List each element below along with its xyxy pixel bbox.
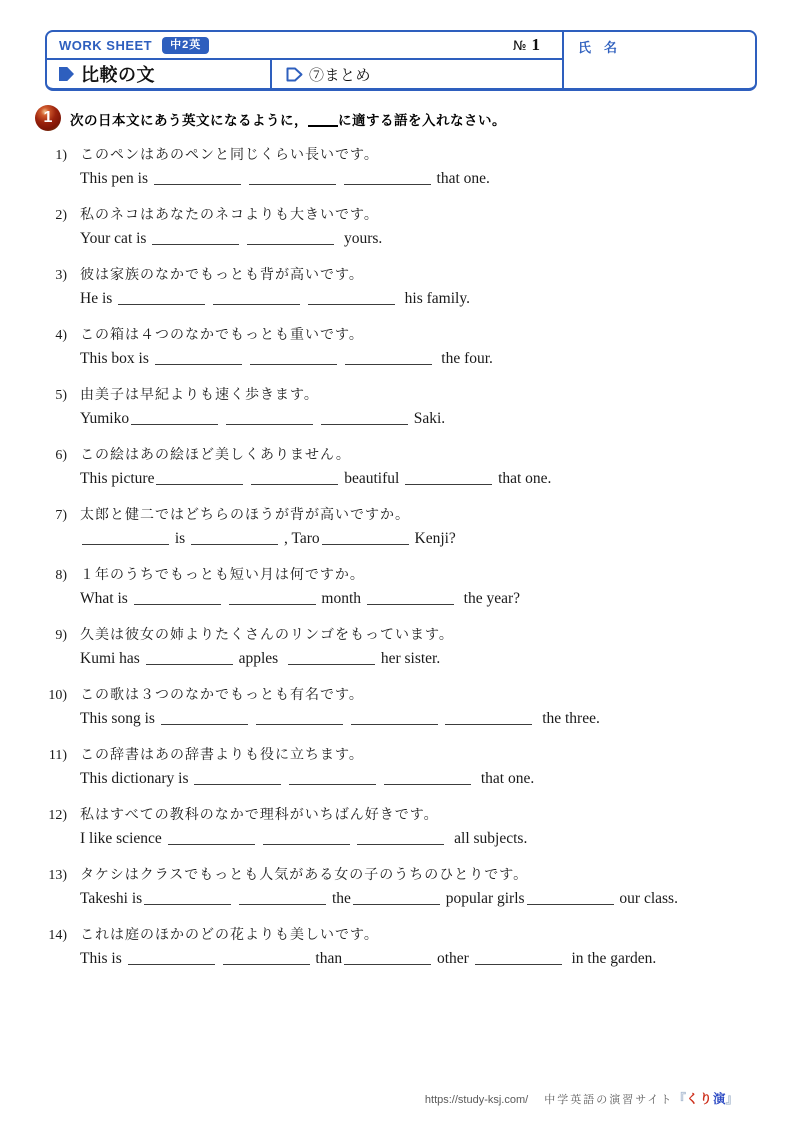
- question-item: 11)この辞書はあの辞書よりも役に立ちます。This dictionary is…: [36, 746, 768, 792]
- header-bottom-row: 比較の文 ⑦まとめ: [47, 58, 562, 88]
- sheet-number-value: 1: [532, 35, 541, 55]
- english-text-segment: [243, 170, 247, 187]
- question-japanese-line: 4)この箱は４つのなかでもっとも重いです。: [36, 326, 768, 346]
- english-text-segment: [257, 830, 261, 847]
- question-japanese-line: 14)これは庭のほかのどの花よりも美しいです。: [36, 926, 768, 946]
- footer-site-label: 中学英語の演習サイト: [544, 1091, 673, 1107]
- answer-blank: [118, 289, 205, 305]
- answer-blank: [367, 589, 454, 605]
- question-number: 6): [36, 446, 67, 466]
- question-number: 12): [36, 806, 67, 826]
- answer-blank: [353, 889, 440, 905]
- english-text-segment: our class.: [616, 890, 678, 907]
- english-text-segment: Your cat is: [80, 230, 150, 247]
- answer-blank: [134, 589, 221, 605]
- question-item: 1)このペンはあのペンと同じくらい長いです。This pen is that o…: [36, 146, 768, 192]
- english-text-segment: [339, 350, 343, 367]
- question-japanese-line: 3)彼は家族のなかでもっとも背が高いです。: [36, 266, 768, 286]
- question-english-line: This box is the four.: [80, 346, 768, 372]
- english-text-segment: the: [328, 890, 351, 907]
- english-text-segment: that one.: [433, 170, 490, 187]
- question-number: 11): [36, 746, 67, 766]
- question-item: 14)これは庭のほかのどの花よりも美しいです。This is than othe…: [36, 926, 768, 972]
- question-english-line: This is than other in the garden.: [80, 946, 768, 972]
- question-number: 4): [36, 326, 67, 346]
- answer-blank: [344, 169, 431, 185]
- header-left-section: WORK SHEET 中2英 № 1 比較の文 ⑦まとめ: [47, 32, 562, 88]
- english-text-segment: beautiful: [340, 470, 403, 487]
- instruction-blank: [308, 113, 338, 127]
- english-text-segment: This song is: [80, 710, 159, 727]
- english-text-segment: [378, 770, 382, 787]
- questions: 1)このペンはあのペンと同じくらい長いです。This pen is that o…: [36, 146, 768, 986]
- worksheet-label: WORK SHEET: [59, 38, 152, 53]
- question-number: 3): [36, 266, 67, 286]
- answer-blank: [161, 709, 248, 725]
- answer-blank: [223, 949, 310, 965]
- answer-blank: [146, 649, 233, 665]
- question-japanese-line: 7)太郎と健二ではどちらのほうが背が高いですか。: [36, 506, 768, 526]
- question-number: 10): [36, 686, 67, 706]
- question-japanese-text: 私はすべての教科のなかで理科がいちばん好きです。: [80, 808, 439, 823]
- question-japanese-line: 10)この歌は３つのなかでもっとも有名です。: [36, 686, 768, 706]
- question-japanese-text: 太郎と健二ではどちらのほうが背が高いですか。: [80, 508, 410, 523]
- sheet-number: № 1: [513, 35, 540, 55]
- answer-blank: [263, 829, 350, 845]
- question-item: 5)由美子は早紀よりも速く歩きます。Yumiko Saki.: [36, 386, 768, 432]
- answer-blank: [405, 469, 492, 485]
- question-japanese-text: タケシはクラスでもっとも人気がある女の子のうちのひとりです。: [80, 868, 528, 883]
- english-text-segment: This picture: [80, 470, 154, 487]
- question-english-line: What is month the year?: [80, 586, 768, 612]
- tag-arrow-outline-icon: [286, 67, 303, 82]
- answer-blank: [322, 529, 409, 545]
- english-text-segment: her sister.: [377, 650, 440, 667]
- question-english-line: This pen is that one.: [80, 166, 768, 192]
- unit-title-cell: 比較の文: [47, 60, 270, 88]
- footer-url: https://study-ksj.com/: [425, 1094, 528, 1106]
- instruction-block: 1 次の日本文にあう英文になるように，に適する語を入れなさい。: [35, 105, 506, 131]
- english-text-segment: is: [171, 530, 189, 547]
- question-japanese-line: 8)１年のうちでもっとも短い月は何ですか。: [36, 566, 768, 586]
- footer-bracket-close: 』: [725, 1089, 738, 1107]
- question-item: 12)私はすべての教科のなかで理科がいちばん好きです。I like scienc…: [36, 806, 768, 852]
- question-japanese-text: この絵はあの絵ほど美しくありません。: [80, 448, 351, 463]
- english-text-segment: than: [312, 950, 343, 967]
- instruction-text-before: 次の日本文にあう英文になるように，: [70, 113, 308, 128]
- question-japanese-text: この箱は４つのなかでもっとも重いです。: [80, 328, 364, 343]
- header-top-row: WORK SHEET 中2英 № 1: [47, 32, 562, 58]
- question-item: 7)太郎と健二ではどちらのほうが背が高いですか。 is , Taro Kenji…: [36, 506, 768, 552]
- english-text-segment: [315, 410, 319, 427]
- question-english-line: This song is the three.: [80, 706, 768, 732]
- question-japanese-line: 6)この絵はあの絵ほど美しくありません。: [36, 446, 768, 466]
- english-text-segment: [250, 710, 254, 727]
- english-text-segment: This is: [80, 950, 126, 967]
- question-english-line: is , Taro Kenji?: [80, 526, 768, 552]
- english-text-segment: Saki.: [410, 410, 445, 427]
- english-text-segment: [217, 950, 221, 967]
- answer-blank: [308, 289, 395, 305]
- english-text-segment: [338, 170, 342, 187]
- lesson-title: ⑦まとめ: [309, 64, 371, 85]
- answer-blank: [475, 949, 562, 965]
- question-japanese-text: 由美子は早紀よりも速く歩きます。: [80, 388, 319, 403]
- header: WORK SHEET 中2英 № 1 比較の文 ⑦まとめ 氏 名: [45, 30, 757, 91]
- english-text-segment: in the garden.: [564, 950, 657, 967]
- question-english-line: Your cat is yours.: [80, 226, 768, 252]
- instruction-text: 次の日本文にあう英文になるように，に適する語を入れなさい。: [70, 105, 506, 129]
- question-japanese-text: これは庭のほかのどの花よりも美しいです。: [80, 928, 379, 943]
- english-text-segment: This box is: [80, 350, 153, 367]
- english-text-segment: yours.: [336, 230, 382, 247]
- english-text-segment: [233, 890, 237, 907]
- footer-brand-en: 演: [713, 1089, 726, 1107]
- english-text-segment: [223, 590, 227, 607]
- question-number: 2): [36, 206, 67, 226]
- answer-blank: [256, 709, 343, 725]
- answer-blank: [250, 349, 337, 365]
- english-text-segment: Yumiko: [80, 410, 129, 427]
- section-number-chestnut-icon: 1: [35, 105, 61, 131]
- numero-sign: №: [513, 39, 527, 54]
- english-text-segment: Kenji?: [411, 530, 456, 547]
- english-text-segment: Kumi has: [80, 650, 144, 667]
- question-number: 7): [36, 506, 67, 526]
- question-number: 14): [36, 926, 67, 946]
- question-english-line: I like science all subjects.: [80, 826, 768, 852]
- answer-blank: [213, 289, 300, 305]
- english-text-segment: What is: [80, 590, 132, 607]
- footer-brand-kuri: くり: [686, 1089, 713, 1107]
- question-english-line: He is his family.: [80, 286, 768, 312]
- english-text-segment: [345, 710, 349, 727]
- english-text-segment: This dictionary is: [80, 770, 192, 787]
- question-english-line: Yumiko Saki.: [80, 406, 768, 432]
- answer-blank: [156, 469, 243, 485]
- english-text-segment: [241, 230, 245, 247]
- question-item: 3)彼は家族のなかでもっとも背が高いです。He is his family.: [36, 266, 768, 312]
- answer-blank: [527, 889, 614, 905]
- answer-blank: [247, 229, 334, 245]
- english-text-segment: his family.: [397, 290, 470, 307]
- english-text-segment: [244, 350, 248, 367]
- answer-blank: [144, 889, 231, 905]
- english-text-segment: the four.: [434, 350, 493, 367]
- question-number: 9): [36, 626, 67, 646]
- english-text-segment: He is: [80, 290, 116, 307]
- answer-blank: [194, 769, 281, 785]
- english-text-segment: This pen is: [80, 170, 152, 187]
- english-text-segment: popular girls: [442, 890, 525, 907]
- question-japanese-text: この歌は３つのなかでもっとも有名です。: [80, 688, 364, 703]
- english-text-segment: all subjects.: [446, 830, 527, 847]
- question-number: 8): [36, 566, 67, 586]
- answer-blank: [357, 829, 444, 845]
- english-text-segment: [302, 290, 306, 307]
- answer-blank: [131, 409, 218, 425]
- answer-blank: [289, 769, 376, 785]
- question-japanese-line: 2)私のネコはあなたのネコよりも大きいです。: [36, 206, 768, 226]
- question-item: 6)この絵はあの絵ほど美しくありません。This picture beautif…: [36, 446, 768, 492]
- answer-blank: [251, 469, 338, 485]
- english-text-segment: that one.: [494, 470, 551, 487]
- question-japanese-line: 11)この辞書はあの辞書よりも役に立ちます。: [36, 746, 768, 766]
- answer-blank: [445, 709, 532, 725]
- name-field-cell: 氏 名: [562, 32, 755, 88]
- answer-blank: [351, 709, 438, 725]
- english-text-segment: [207, 290, 211, 307]
- question-item: 13)タケシはクラスでもっとも人気がある女の子のうちのひとりです。Takeshi…: [36, 866, 768, 912]
- instruction-text-after: に適する語を入れなさい。: [338, 113, 506, 128]
- english-text-segment: the three.: [534, 710, 599, 727]
- english-text-segment: [283, 770, 287, 787]
- question-number: 1): [36, 146, 67, 166]
- question-number: 13): [36, 866, 67, 886]
- question-japanese-line: 12)私はすべての教科のなかで理科がいちばん好きです。: [36, 806, 768, 826]
- english-text-segment: [220, 410, 224, 427]
- question-japanese-text: このペンはあのペンと同じくらい長いです。: [80, 148, 379, 163]
- english-text-segment: that one.: [473, 770, 534, 787]
- english-text-segment: [440, 710, 444, 727]
- question-japanese-text: この辞書はあの辞書よりも役に立ちます。: [80, 748, 364, 763]
- answer-blank: [384, 769, 471, 785]
- question-japanese-text: 久美は彼女の姉よりたくさんのリンゴをもっています。: [80, 628, 454, 643]
- question-item: 10)この歌は３つのなかでもっとも有名です。This song is the t…: [36, 686, 768, 732]
- tag-arrow-icon: [59, 67, 74, 81]
- question-japanese-line: 9)久美は彼女の姉よりたくさんのリンゴをもっています。: [36, 626, 768, 646]
- question-japanese-line: 5)由美子は早紀よりも速く歩きます。: [36, 386, 768, 406]
- english-text-segment: the year?: [456, 590, 520, 607]
- answer-blank: [344, 949, 431, 965]
- footer-bracket-open: 『: [673, 1089, 686, 1107]
- answer-blank: [191, 529, 278, 545]
- question-japanese-text: １年のうちでもっとも短い月は何ですか。: [80, 568, 365, 583]
- english-text-segment: apples: [235, 650, 286, 667]
- question-item: 9)久美は彼女の姉よりたくさんのリンゴをもっています。Kumi has appl…: [36, 626, 768, 672]
- question-english-line: Kumi has apples her sister.: [80, 646, 768, 672]
- answer-blank: [321, 409, 408, 425]
- answer-blank: [168, 829, 255, 845]
- question-japanese-text: 彼は家族のなかでもっとも背が高いです。: [80, 268, 364, 283]
- english-text-segment: [245, 470, 249, 487]
- lesson-title-cell: ⑦まとめ: [270, 60, 562, 88]
- english-text-segment: other: [433, 950, 473, 967]
- english-text-segment: Takeshi is: [80, 890, 142, 907]
- unit-title: 比較の文: [81, 61, 155, 87]
- question-english-line: Takeshi is the popular girls our class.: [80, 886, 768, 912]
- question-item: 8)１年のうちでもっとも短い月は何ですか。What is month the y…: [36, 566, 768, 612]
- question-item: 2)私のネコはあなたのネコよりも大きいです。Your cat is yours.: [36, 206, 768, 252]
- question-english-line: This picture beautiful that one.: [80, 466, 768, 492]
- english-text-segment: I like science: [80, 830, 166, 847]
- footer: https://study-ksj.com/中学英語の演習サイト『くり演』: [425, 1089, 738, 1107]
- question-number: 5): [36, 386, 67, 406]
- answer-blank: [226, 409, 313, 425]
- question-english-line: This dictionary is that one.: [80, 766, 768, 792]
- question-japanese-line: 1)このペンはあのペンと同じくらい長いです。: [36, 146, 768, 166]
- answer-blank: [229, 589, 316, 605]
- answer-blank: [155, 349, 242, 365]
- answer-blank: [128, 949, 215, 965]
- grade-badge: 中2英: [162, 37, 209, 54]
- answer-blank: [154, 169, 241, 185]
- english-text-segment: [352, 830, 356, 847]
- question-japanese-line: 13)タケシはクラスでもっとも人気がある女の子のうちのひとりです。: [36, 866, 768, 886]
- name-label: 氏 名: [578, 40, 617, 55]
- answer-blank: [82, 529, 169, 545]
- answer-blank: [239, 889, 326, 905]
- question-japanese-text: 私のネコはあなたのネコよりも大きいです。: [80, 208, 379, 223]
- answer-blank: [288, 649, 375, 665]
- answer-blank: [345, 349, 432, 365]
- answer-blank: [249, 169, 336, 185]
- answer-blank: [152, 229, 239, 245]
- question-item: 4)この箱は４つのなかでもっとも重いです。This box is the fou…: [36, 326, 768, 372]
- english-text-segment: , Taro: [280, 530, 320, 547]
- english-text-segment: month: [318, 590, 365, 607]
